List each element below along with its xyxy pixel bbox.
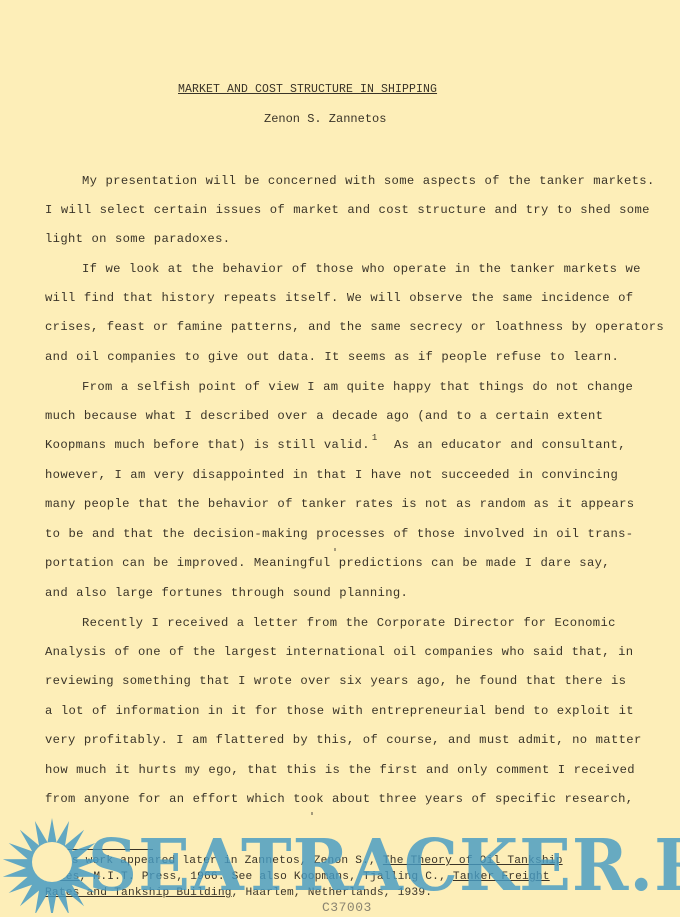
footnote-reference: 1 (372, 433, 378, 443)
footnote-divider (45, 849, 153, 850)
footnote-line-2: Rates, M.I.T. Press, 1966. See also Koop… (45, 871, 550, 883)
line-text: If we look at the behavior of those who … (82, 262, 641, 276)
line-text: From a selfish point of view I am quite … (82, 380, 633, 394)
line-text: Analysis of one of the largest internati… (45, 645, 633, 659)
line-text: My presentation will be concerned with s… (82, 174, 655, 188)
text-line: I will select certain issues of market a… (45, 203, 650, 217)
footnote-text: , Haarlem, Netherlands, 1939. (232, 887, 433, 899)
text-line: however, I am very disappointed in that … (45, 468, 618, 482)
line-text: from anyone for an effort which took abo… (45, 792, 633, 806)
text-line: light on some paradoxes. (45, 232, 230, 246)
line-text: portation can be improved. Meaningful pr… (45, 556, 610, 570)
line-text: and oil companies to give out data. It s… (45, 350, 619, 364)
line-text: reviewing something that I wrote over si… (45, 674, 626, 688)
line-text: Recently I received a letter from the Co… (82, 616, 616, 630)
line-text: a lot of information in it for those wit… (45, 704, 634, 718)
line-text: many people that the behavior of tanker … (45, 497, 634, 511)
line-text: much because what I described over a dec… (45, 409, 603, 423)
footnote-book-title: The Theory of Oil Tankship (383, 855, 563, 867)
footnote-text: , M.I.T. Press, 1966. See also Koopmans,… (80, 871, 453, 883)
text-line: crises, feast or famine patterns, and th… (45, 320, 664, 334)
footnote-book-title: Tanker Freight (453, 871, 550, 883)
text-line: will find that history repeats itself. W… (45, 291, 633, 305)
text-line: From a selfish point of view I am quite … (82, 380, 633, 394)
line-text: very profitably. I am flattered by this,… (45, 733, 642, 747)
text-line: and also large fortunes through sound pl… (45, 586, 408, 600)
scan-speck (334, 548, 336, 551)
line-text: light on some paradoxes. (45, 232, 230, 246)
footnote-line-1: 1This work appeared later in Zannetos, Z… (45, 855, 563, 867)
footnote-book-title: Rates and Tankship Building (45, 887, 232, 899)
text-line: much because what I described over a dec… (45, 409, 603, 423)
scan-speck (311, 812, 313, 815)
footnote-mark: 1 (45, 852, 50, 861)
line-text: to be and that the decision-making proce… (45, 527, 633, 541)
text-line: If we look at the behavior of those who … (82, 262, 641, 276)
line-text: how much it hurts my ego, that this is t… (45, 763, 635, 777)
text-line: many people that the behavior of tanker … (45, 497, 634, 511)
line-text: crises, feast or famine patterns, and th… (45, 320, 664, 334)
text-line: portation can be improved. Meaningful pr… (45, 556, 610, 570)
document-author: Zenon S. Zannetos (264, 112, 386, 126)
text-line: Analysis of one of the largest internati… (45, 645, 633, 659)
text-line: from anyone for an effort which took abo… (45, 792, 633, 806)
footnote-book-title: Rates (45, 871, 80, 883)
line-text: Koopmans much before that) is still vali… (45, 438, 370, 452)
text-line: My presentation will be concerned with s… (82, 174, 655, 188)
line-text: and also large fortunes through sound pl… (45, 586, 408, 600)
text-line: to be and that the decision-making proce… (45, 527, 633, 541)
text-line: a lot of information in it for those wit… (45, 704, 634, 718)
footnote-text: This work appeared later in Zannetos, Ze… (51, 855, 383, 867)
text-line: how much it hurts my ego, that this is t… (45, 763, 635, 777)
document-page: MARKET AND COST STRUCTURE IN SHIPPING Ze… (0, 0, 680, 917)
text-line: Recently I received a letter from the Co… (82, 616, 616, 630)
line-text: will find that history repeats itself. W… (45, 291, 633, 305)
archive-stamp: C37003 (322, 900, 372, 915)
text-line: and oil companies to give out data. It s… (45, 350, 619, 364)
text-line: Koopmans much before that) is still vali… (45, 438, 626, 452)
document-title: MARKET AND COST STRUCTURE IN SHIPPING (178, 83, 437, 96)
line-text: however, I am very disappointed in that … (45, 468, 618, 482)
text-line: reviewing something that I wrote over si… (45, 674, 626, 688)
text-line: very profitably. I am flattered by this,… (45, 733, 642, 747)
line-text: As an educator and consultant, (378, 438, 626, 452)
line-text: I will select certain issues of market a… (45, 203, 650, 217)
footnote-line-3: Rates and Tankship Building, Haarlem, Ne… (45, 887, 432, 899)
